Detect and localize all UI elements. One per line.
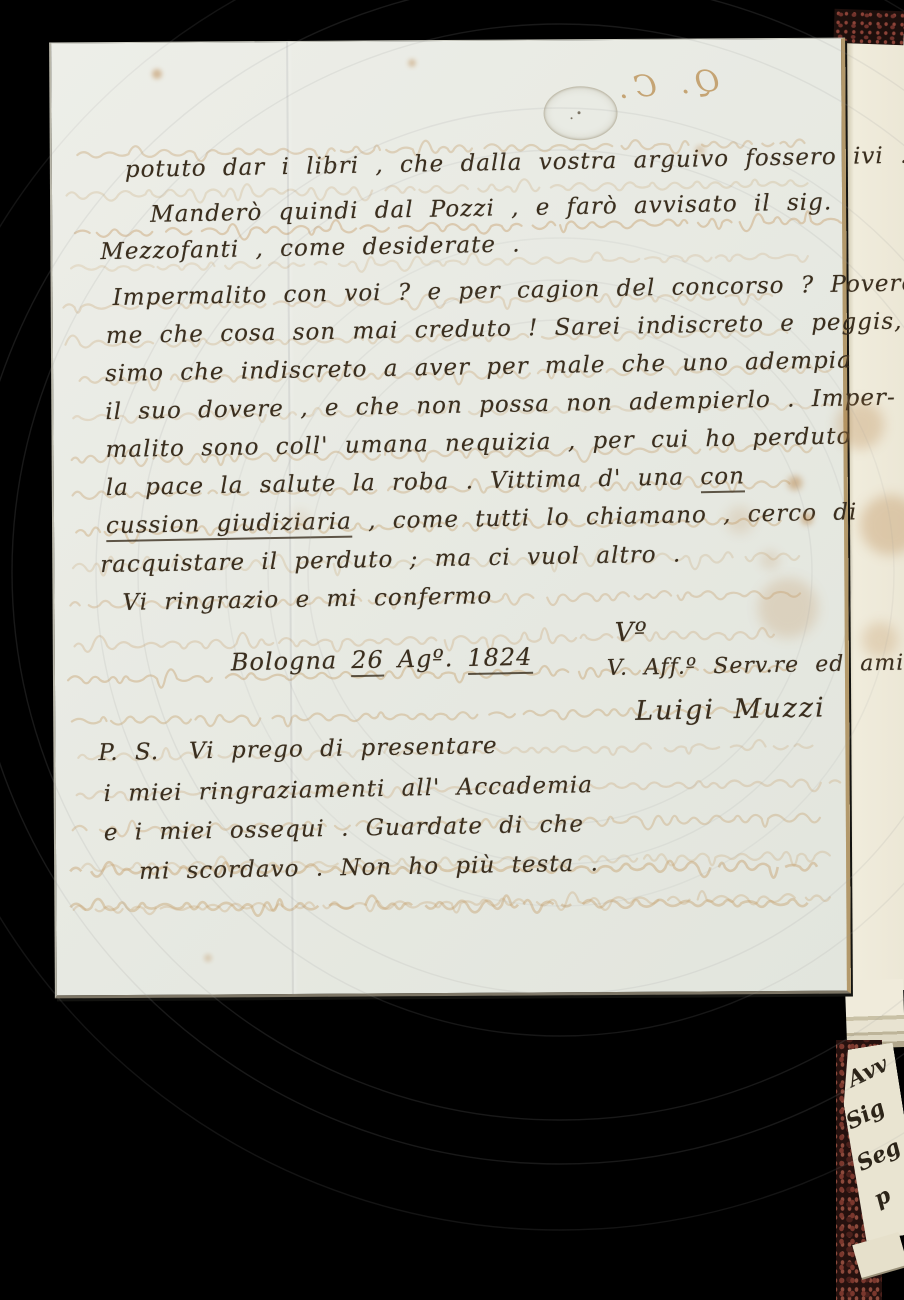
- fragment-line: Seg: [853, 1134, 904, 1177]
- dateline: Bologna26Agº.1824: [231, 643, 547, 677]
- dateline-month: Agº.: [397, 644, 453, 673]
- fragment-line: p: [870, 1182, 895, 1212]
- letter-line: Mezzofanti , come desiderate .: [100, 231, 521, 265]
- valediction-flourish: Vº: [614, 617, 648, 648]
- letter-line: malito sono coll' umana nequizia , per c…: [105, 423, 851, 463]
- letter-paper: Q. C. potuto dar i libri , che dalla vos…: [49, 38, 851, 999]
- letter-line: cussion giudiziaria , come tutti lo chia…: [106, 499, 858, 539]
- letter-line: me che cosa son mai creduto ! Sarei indi…: [106, 309, 903, 350]
- postscript-line: i miei ringraziamenti all' Accademia: [103, 772, 593, 807]
- scanned-letter-page: AvvSigSegp Q. C. potuto dar i libri , ch…: [0, 0, 904, 1300]
- letter-line: potuto dar i libri , che dalla vostra ar…: [125, 143, 904, 183]
- postscript-line: mi scordavo . Non ho più testa .: [139, 850, 599, 884]
- letter-line: il suo dovere , e che non possa non adem…: [105, 385, 896, 425]
- letter-line: Manderò quindi dal Pozzi , e farò avvisa…: [150, 189, 833, 227]
- letter-line: Vi ringrazio e mi confermo: [122, 583, 492, 616]
- postscript-line: P. S.Vi prego di presentare: [98, 733, 498, 766]
- postscript-label: P. S.: [98, 739, 159, 766]
- dateline-year: 1824: [467, 643, 533, 675]
- letter-line: la pace la salute la roba . Vittima d' u…: [106, 463, 746, 501]
- page-stack-edges: [845, 979, 904, 1049]
- letter-line: simo che indiscreto a aver per male che …: [105, 347, 852, 387]
- fragment-line: Sig: [842, 1094, 889, 1135]
- fragment-line: Avv: [843, 1051, 892, 1093]
- postscript-line: e i miei ossequi . Guardate di che: [104, 811, 585, 846]
- bleedthrough-mark: Q. C.: [610, 64, 721, 107]
- postscript: P. S.Vi prego di presentarei miei ringra…: [51, 39, 841, 44]
- letter-line: Impermalito con voi ? e per cagion del c…: [112, 270, 904, 311]
- signature: Luigi Muzzi: [635, 692, 826, 726]
- dateline-day: 26: [351, 646, 384, 678]
- letter-body: potuto dar i libri , che dalla vostra ar…: [51, 39, 841, 44]
- dateline-place: Bologna: [231, 646, 338, 676]
- embossed-stamp: [543, 86, 617, 140]
- letter-line: racquistare il perduto ; ma ci vuol altr…: [100, 541, 681, 578]
